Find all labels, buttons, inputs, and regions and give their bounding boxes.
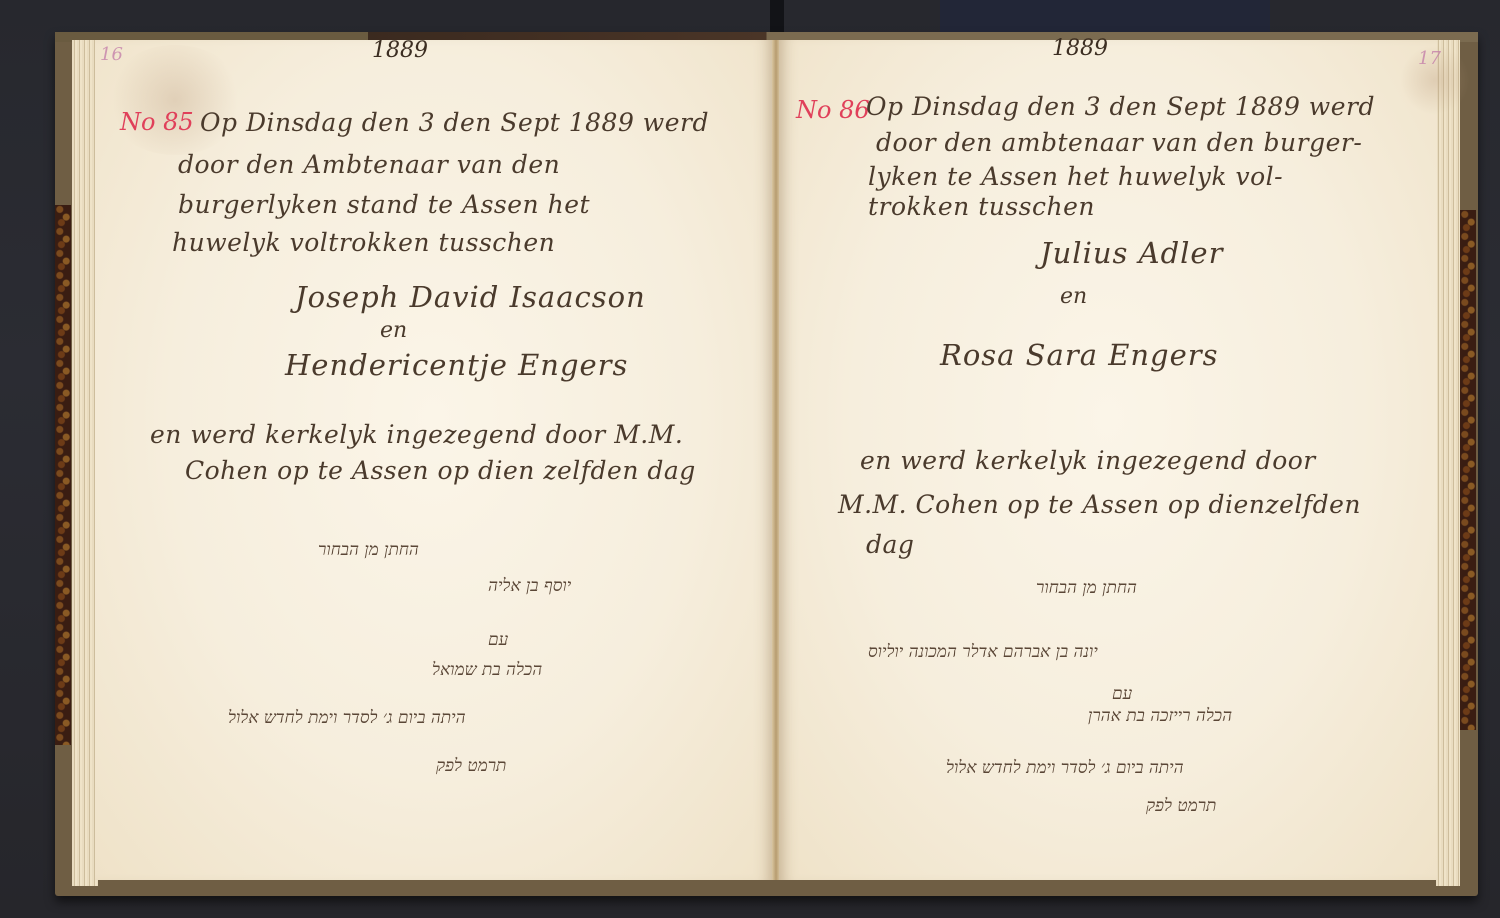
- right-paragraph-line: trokken tusschen: [868, 192, 1095, 221]
- right-hebrew-line: היתה ביום ג׳ לסדר וימת לחדש אלול: [946, 758, 1184, 778]
- left-conjunction: en: [380, 318, 407, 343]
- left-paragraph-line: Op Dinsdag den 3 den Sept 1889 werd: [200, 108, 709, 137]
- left-corner-mark: 16: [100, 44, 123, 65]
- right-hebrew-line: עם: [1112, 684, 1132, 704]
- left-hebrew-line: תרמט לפק: [436, 756, 506, 776]
- left-page-year: 1889: [372, 38, 428, 63]
- left-hebrew-line: יוסף בן אליה: [488, 576, 571, 596]
- right-conjunction: en: [1060, 284, 1087, 309]
- marbled-edge-right: [1460, 210, 1476, 730]
- right-hebrew-line: תרמט לפק: [1146, 796, 1216, 816]
- spine-shadow: [770, 0, 784, 34]
- page-stack-right: [1436, 40, 1460, 886]
- left-paragraph-line: door den Ambtenaar van den: [178, 150, 560, 179]
- right-hebrew-line: החתן מן הבחור: [1036, 578, 1137, 598]
- left-paragraph-line: huwelyk voltrokken tusschen: [172, 228, 555, 257]
- archive-clip-left: [360, 0, 660, 34]
- right-paragraph-line: lyken te Assen het huwelyk vol-: [868, 162, 1283, 191]
- left-groom-name: Joseph David Isaacson: [295, 280, 646, 314]
- left-blessing-line: Cohen op te Assen op dien zelfden dag: [185, 456, 696, 485]
- left-hebrew-line: היתה ביום ג׳ לסדר וימת לחדש אלול: [228, 708, 466, 728]
- archive-clip-right: [940, 0, 1270, 34]
- right-hebrew-line: הכלה רייזכה בת אהרן: [1088, 706, 1232, 726]
- right-hebrew-line: יונה בן אברהם אדלר המכונה יוליוס: [868, 642, 1098, 662]
- right-page-year: 1889: [1052, 36, 1108, 61]
- right-paragraph-line: Op Dinsdag den 3 den Sept 1889 werd: [866, 92, 1375, 121]
- left-hebrew-line: החתן מן הבחור: [318, 540, 419, 560]
- left-hebrew-line: הכלה בת שמואל: [432, 660, 542, 680]
- right-corner-mark: 17: [1418, 48, 1441, 69]
- right-blessing-line: M.M. Cohen op te Assen op dienzelfden: [838, 490, 1361, 519]
- left-paragraph-line: burgerlyken stand te Assen het: [178, 190, 590, 219]
- paper-stain: [105, 45, 245, 155]
- left-hebrew-line: עם: [488, 630, 508, 650]
- right-groom-name: Julius Adler: [1040, 236, 1223, 270]
- right-paragraph-line: door den ambtenaar van den burger-: [876, 128, 1362, 157]
- right-entry-number: No 86: [796, 96, 870, 124]
- right-blessing-line: dag: [866, 530, 914, 559]
- right-blessing-line: en werd kerkelyk ingezegend door: [860, 446, 1316, 475]
- marbled-edge-left: [55, 205, 71, 745]
- left-blessing-line: en werd kerkelyk ingezegend door M.M.: [150, 420, 683, 449]
- left-bride-name: Hendericentje Engers: [285, 348, 628, 382]
- right-bride-name: Rosa Sara Engers: [940, 338, 1219, 372]
- left-entry-number: No 85: [120, 108, 194, 136]
